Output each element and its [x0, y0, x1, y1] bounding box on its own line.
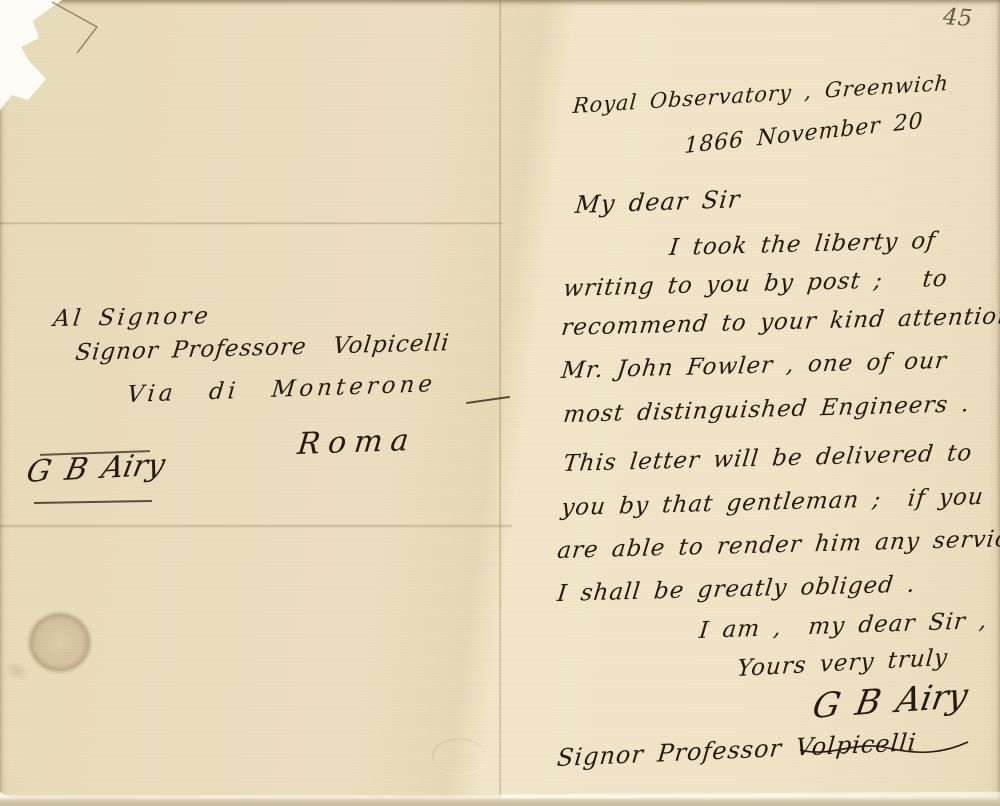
embossed-watermark — [432, 738, 486, 774]
folio-number: 45 — [942, 4, 973, 32]
letter-date-line: 1866 November 20 — [684, 111, 924, 158]
address-line-professore-volpicelli: Signor Professore Volpicelli — [74, 332, 451, 365]
body-line: Mr. John Fowler , one of our — [560, 350, 948, 383]
letter-photograph: 45 Al Signore Signor Professore Volpicel… — [0, 0, 1000, 806]
pen-stroke — [466, 396, 510, 404]
letter-place-line: Royal Observatory , Greenwich — [572, 73, 950, 117]
vertical-fold-crease — [499, 0, 502, 806]
body-line: you by that gentleman ; if you — [560, 486, 985, 520]
body-line: writing to you by post ; to — [562, 268, 949, 301]
address-line-al-signore: Al Signore — [52, 305, 212, 331]
body-line: recommend to your kind attention — [560, 305, 1000, 340]
valediction-line-2: Yours very truly — [736, 647, 949, 681]
signature-underline — [34, 500, 152, 504]
valediction-line-1: I am , my dear Sir , — [698, 610, 989, 643]
letter-addressee-line: Signor Professor Volpicelli — [556, 730, 918, 770]
body-line: are able to render him any service, — [556, 528, 1000, 563]
airy-signature-left: G B Airy — [24, 450, 167, 488]
body-line: most distinguished Engineers . — [562, 393, 971, 427]
airy-signature-right: G B Airy — [810, 679, 970, 724]
body-line: This letter will be delivered to — [562, 442, 974, 476]
body-line: I shall be greatly obliged . — [556, 574, 917, 606]
body-line: I took the liberty of — [668, 230, 937, 260]
torn-paper-top-left — [0, 0, 70, 115]
horizontal-crease-upper — [0, 222, 502, 225]
letter-salutation: My dear Sir — [574, 187, 742, 217]
horizontal-crease-lower — [0, 524, 512, 528]
address-line-roma: Roma — [296, 426, 418, 460]
address-line-via-monterone: Via di Monterone — [126, 373, 437, 407]
